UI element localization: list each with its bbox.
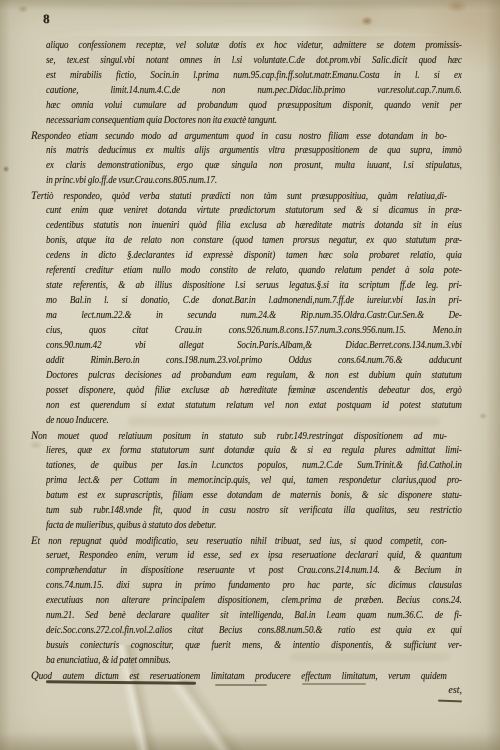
text-line: tum sub rubr.148.vnde fit, quod in casu … (46, 503, 462, 518)
text-line: lieres, quæ ex forma statutorum sunt dot… (46, 443, 462, 458)
paragraph-quod-autem: Quod autem dictum est reseruationem limi… (46, 668, 462, 683)
text-line: executiuas non alterare principalem disp… (46, 593, 462, 608)
text-line: ba enunciatiua, & id patet omnibus. (46, 653, 462, 668)
text-line: cautione, limit.14.num.4.C.de non num.pe… (46, 83, 462, 98)
ink-underline-mark (438, 700, 462, 703)
paper-crease-top (0, 2, 500, 36)
text-line: deic.Soc.cons.272.col.fin.vol.2.alios ci… (46, 623, 462, 638)
paragraph-non-mouet: Non mouet quod relatiuum positum in stat… (46, 428, 462, 533)
text-line: seruet, Respondeo enim, verum id esse, s… (46, 548, 462, 563)
text-line: cedens in dicto §.declarantes id express… (46, 248, 462, 263)
text-line: bonis, atque ita de relato non constare … (46, 233, 462, 248)
text-line: mo Bal.in l. si donatio, C.de donat.Bar.… (46, 293, 462, 308)
text-line: aliquo confessionem receptæ, vel solutæ … (46, 38, 462, 53)
text-line: necessariam consequentiam quia Doctores … (46, 113, 462, 128)
text-line: cedentibus statutis non inueniri quòd fi… (46, 218, 462, 233)
text-line: busuis coniecturis cognoscitur, quæ fuer… (46, 638, 462, 653)
text-block: aliquo confessionem receptæ, vel solutæ … (46, 38, 462, 698)
text-line: state referentis, & ab illius dispositio… (46, 278, 462, 293)
text-line: cons.90.num.42 vbi allegat Socin.Paris.A… (46, 338, 462, 353)
paragraph-respondeo-etiam: Respondeo etiam secundo modo ad argument… (46, 128, 462, 188)
text-line: prima lect.& per Cottam in memor.incip.q… (46, 473, 462, 488)
text-line: compræhendatur in dispositione reseruant… (46, 563, 462, 578)
text-line: se, tex.est singul.vbi notant omnes in l… (46, 53, 462, 68)
page-number: 8 (43, 12, 50, 26)
text-line: non est querendum si extat statutum rela… (46, 398, 462, 413)
text-line: Quod autem dictum est reseruationem limi… (31, 668, 447, 683)
text-line: addit Rimin.Bero.in cons.198.num.23.vol.… (46, 353, 462, 368)
text-line: batum est ex suprascriptis, filiam esse … (46, 488, 462, 503)
text-line: Doctores pulcras decisiones ad probandum… (46, 368, 462, 383)
paragraph-tertio-respondeo: Tertiò respondeo, quòd verba statuti præ… (46, 188, 462, 428)
text-line: cunt enim quæ veniret dotanda virtute pr… (46, 203, 462, 218)
text-line: cius, quos citat Crau.in cons.926.num.8.… (46, 323, 462, 338)
text-line: referenti creditur etiam nullo modo cons… (46, 263, 462, 278)
text-line: de nouo Inducere. (46, 413, 462, 428)
catchword: est, (46, 683, 462, 698)
text-line: Tertiò respondeo, quòd verba statuti præ… (31, 188, 447, 203)
text-line: est mirabilis fictio, Socin.in l.prima n… (46, 68, 462, 83)
text-line: num.21. Sed benè declarare qualiter sit … (46, 608, 462, 623)
text-line: facta de mulieribus, quibus à statuto do… (46, 518, 462, 533)
text-line: nis matris deducimus ex multis alijs arg… (46, 143, 462, 158)
text-line: Et non repugnat quòd modificatio, seu re… (31, 533, 447, 548)
text-line: in princ.vbi glo.ff.de vsur.Crau.cons.80… (46, 173, 462, 188)
text-line: tationes, de quibus per Ias.in l.cunctos… (46, 458, 462, 473)
text-line: hæc omnia volui cumulare ad probandum qu… (46, 98, 462, 113)
paragraph-et-non-repugnat: Et non repugnat quòd modificatio, seu re… (46, 533, 462, 668)
text-line: ex claris demonstrationibus, ergo quæ si… (46, 158, 462, 173)
paragraph-continuation: aliquo confessionem receptæ, vel solutæ … (46, 38, 462, 128)
book-page: 8 aliquo confessionem receptæ, vel solut… (0, 0, 500, 750)
text-line: ma lect.num.22.& in secunda num.24.& Rip… (46, 308, 462, 323)
text-line: posset disponere, quòd filiæ exclusæ ab … (46, 383, 462, 398)
text-line: cons.74.num.15. dixi supra in primo fund… (46, 578, 462, 593)
text-line: Respondeo etiam secundo modo ad argument… (31, 128, 447, 143)
text-line: Non mouet quod relatiuum positum in stat… (31, 428, 447, 443)
